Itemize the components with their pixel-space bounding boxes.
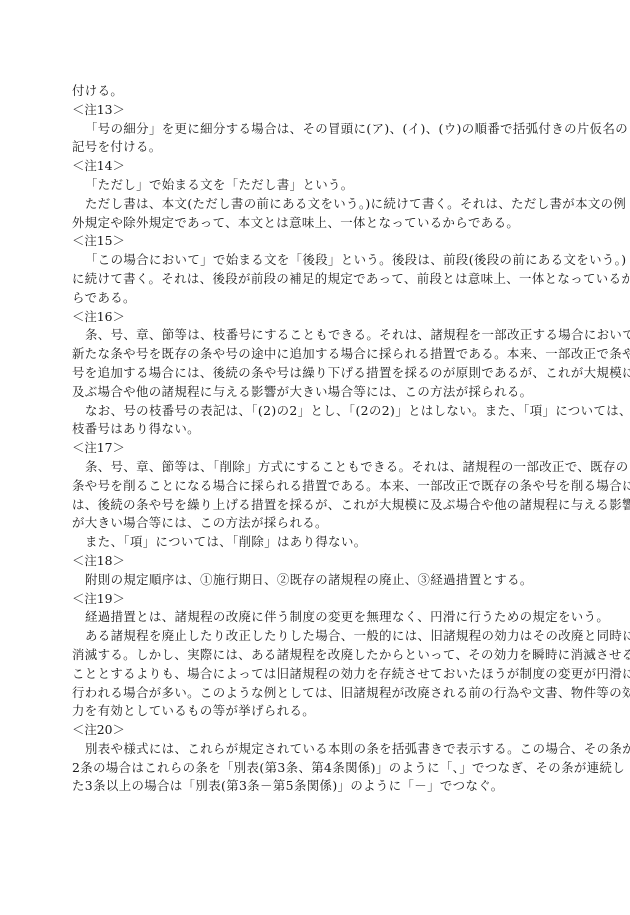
paragraph-line: 新たな条や号を既存の条や号の途中に追加する場合に採られる措置である。本来、一部改… — [72, 345, 566, 364]
paragraph-line: 枝番号はあり得ない。 — [72, 420, 566, 439]
paragraph-line: 外規定や除外規定であって、本文とは意味上、一体となっているからである。 — [72, 214, 566, 233]
note-heading: ＜注16＞ — [72, 308, 566, 327]
note-paragraph: 「ただし」で始まる文を「ただし書」という。 — [72, 176, 566, 195]
note-heading: ＜注20＞ — [72, 721, 566, 740]
note-16: ＜注16＞ 条、号、章、節等は、枝番号にすることもできる。それは、諸規程を一部改… — [72, 308, 566, 440]
paragraph-line: ただし書は、本文(ただし書の前にある文をいう。)に続けて書く。それは、ただし書が… — [72, 195, 566, 214]
paragraph-line: 条、号、章、節等は、枝番号にすることもできる。それは、諸規程を一部改正する場合に… — [72, 326, 566, 345]
note-paragraph: 経過措置とは、諸規程の改廃に伴う制度の変更を無理なく、円滑に行うための規定をいう… — [72, 608, 566, 627]
note-18: ＜注18＞ 附則の規定順序は、①施行期日、②既存の諸規程の廃止、③経過措置とする… — [72, 552, 566, 590]
note-19: ＜注19＞ 経過措置とは、諸規程の改廃に伴う制度の変更を無理なく、円滑に行うため… — [72, 590, 566, 722]
paragraph-line: 「号の細分」を更に細分する場合は、その冒頭に(ア)、(イ)、(ウ)の順番で括弧付… — [72, 120, 566, 139]
note-paragraph: なお、号の枝番号の表記は、「(2)の2」とし、「(2の2)」とはしない。また、「… — [72, 402, 566, 440]
paragraph-line: 経過措置とは、諸規程の改廃に伴う制度の変更を無理なく、円滑に行うための規定をいう… — [72, 608, 566, 627]
paragraph-line: た3条以上の場合は「別表(第3条－第5条関係)」のように「－」でつなぐ。 — [72, 777, 566, 796]
note-20: ＜注20＞ 別表や様式には、これらが規定されている本則の条を括弧書きで表示する。… — [72, 721, 566, 796]
paragraph-line: 附則の規定順序は、①施行期日、②既存の諸規程の廃止、③経過措置とする。 — [72, 571, 566, 590]
note-heading: ＜注15＞ — [72, 232, 566, 251]
document-page: 付ける。 ＜注13＞ 「号の細分」を更に細分する場合は、その冒頭に(ア)、(イ)… — [72, 82, 566, 796]
paragraph-line: 号を追加する場合には、後続の条や号は繰り下げる措置を採るのが原則であるが、これが… — [72, 364, 566, 383]
paragraph-line: は、後続の条や号を繰り上げる措置を採るが、これが大規模に及ぶ場合や他の諸規程に与… — [72, 496, 566, 515]
note-heading: ＜注19＞ — [72, 590, 566, 609]
note-heading: ＜注13＞ — [72, 101, 566, 120]
paragraph-line: に続けて書く。それは、後段が前段の補足的規定であって、前段とは意味上、一体となっ… — [72, 270, 566, 289]
note-paragraph: 別表や様式には、これらが規定されている本則の条を括弧書きで表示する。この場合、そ… — [72, 740, 566, 796]
paragraph-line: が大きい場合等には、この方法が採られる。 — [72, 514, 566, 533]
note-heading: ＜注14＞ — [72, 157, 566, 176]
note-paragraph: 「号の細分」を更に細分する場合は、その冒頭に(ア)、(イ)、(ウ)の順番で括弧付… — [72, 120, 566, 158]
note-paragraph: ある諸規程を廃止したり改正したりした場合、一般的には、旧諸規程の効力はその改廃と… — [72, 627, 566, 721]
paragraph-line: 「この場合において」で始まる文を「後段」という。後段は、前段(後段の前にある文を… — [72, 251, 566, 270]
paragraph-line: ある諸規程を廃止したり改正したりした場合、一般的には、旧諸規程の効力はその改廃と… — [72, 627, 566, 646]
paragraph-line: 記号を付ける。 — [72, 138, 566, 157]
paragraph-line: こととするよりも、場合によっては旧諸規程の効力を存続させておいたほうが制度の変更… — [72, 665, 566, 684]
paragraph-line: 2条の場合はこれらの条を「別表(第3条、第4条関係)」のように「、」でつなぎ、そ… — [72, 759, 566, 778]
paragraph-line: 消滅する。しかし、実際には、ある諸規程を改廃したからといって、その効力を瞬時に消… — [72, 646, 566, 665]
paragraph-line: 条や号を削ることになる場合に採られる措置である。本来、一部改正で既存の条や号を削… — [72, 477, 566, 496]
note-paragraph: 条、号、章、節等は、枝番号にすることもできる。それは、諸規程を一部改正する場合に… — [72, 326, 566, 401]
paragraph-line: 別表や様式には、これらが規定されている本則の条を括弧書きで表示する。この場合、そ… — [72, 740, 566, 759]
paragraph-line: 及ぶ場合や他の諸規程に与える影響が大きい場合等には、この方法が採られる。 — [72, 383, 566, 402]
note-heading: ＜注18＞ — [72, 552, 566, 571]
note-17: ＜注17＞ 条、号、章、節等は、「削除」方式にすることもできる。それは、諸規程の… — [72, 439, 566, 552]
note-paragraph: 「この場合において」で始まる文を「後段」という。後段は、前段(後段の前にある文を… — [72, 251, 566, 307]
note-15: ＜注15＞ 「この場合において」で始まる文を「後段」という。後段は、前段(後段の… — [72, 232, 566, 307]
paragraph-line: 行われる場合が多い。このような例としては、旧諸規程が改廃される前の行為や文書、物… — [72, 684, 566, 703]
note-paragraph: ただし書は、本文(ただし書の前にある文をいう。)に続けて書く。それは、ただし書が… — [72, 195, 566, 233]
paragraph-line: 条、号、章、節等は、「削除」方式にすることもできる。それは、諸規程の一部改正で、… — [72, 458, 566, 477]
note-14: ＜注14＞ 「ただし」で始まる文を「ただし書」という。 ただし書は、本文(ただし… — [72, 157, 566, 232]
paragraph-line: らである。 — [72, 289, 566, 308]
paragraph-line: なお、号の枝番号の表記は、「(2)の2」とし、「(2の2)」とはしない。また、「… — [72, 402, 566, 421]
paragraph-line: また、「項」については、「削除」はあり得ない。 — [72, 533, 566, 552]
note-heading: ＜注17＞ — [72, 439, 566, 458]
note-paragraph: また、「項」については、「削除」はあり得ない。 — [72, 533, 566, 552]
continuation-text: 付ける。 — [72, 82, 566, 101]
paragraph-line: 力を有効としているもの等が挙げられる。 — [72, 702, 566, 721]
note-paragraph: 附則の規定順序は、①施行期日、②既存の諸規程の廃止、③経過措置とする。 — [72, 571, 566, 590]
paragraph-line: 「ただし」で始まる文を「ただし書」という。 — [72, 176, 566, 195]
note-paragraph: 条、号、章、節等は、「削除」方式にすることもできる。それは、諸規程の一部改正で、… — [72, 458, 566, 533]
note-13: ＜注13＞ 「号の細分」を更に細分する場合は、その冒頭に(ア)、(イ)、(ウ)の… — [72, 101, 566, 157]
